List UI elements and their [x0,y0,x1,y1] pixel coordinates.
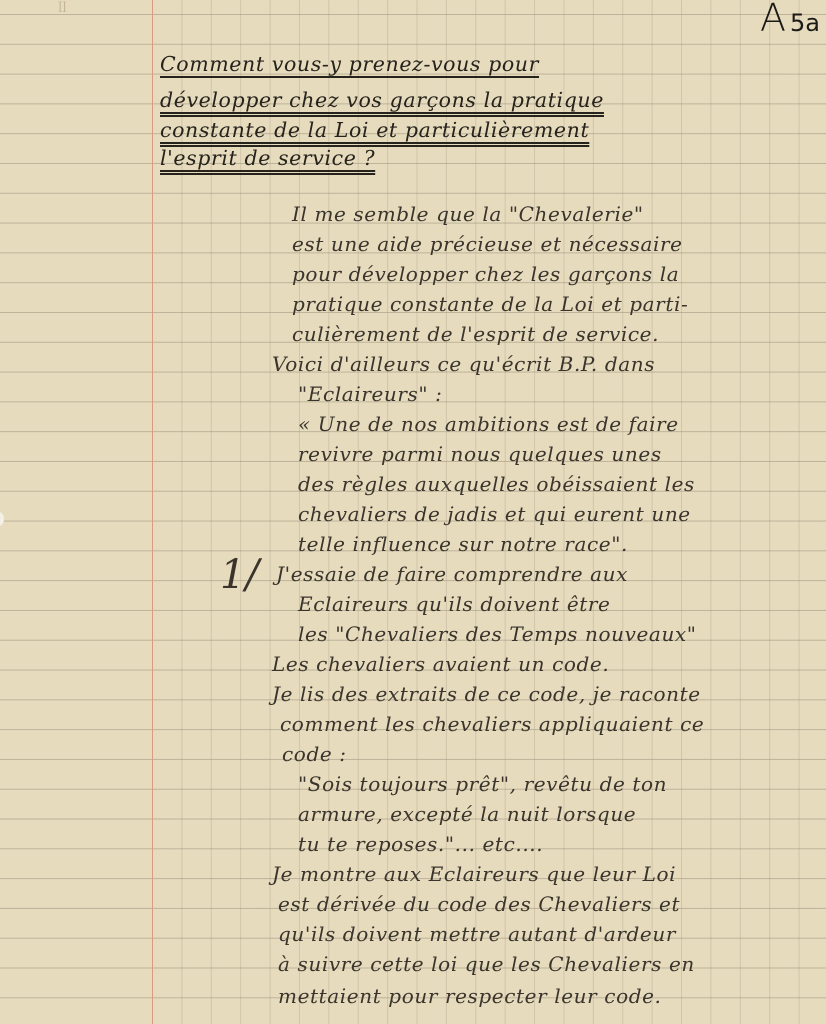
text-line: Eclaireurs qu'ils doivent être [298,592,611,616]
text-line: pour développer chez les garçons la [292,262,679,286]
text-line: « Une de nos ambitions est de faire [298,412,679,436]
text-line: est dérivée du code des Chevaliers et [278,892,680,916]
text-line: mettaient pour respecter leur code. [278,984,662,1008]
text-line: tu te reposes."... etc.... [298,832,543,856]
text-line: armure, excepté la nuit lorsque [298,802,636,826]
page-reference: A5a [760,0,820,40]
text-line: code : [282,742,347,766]
text-line: pratique constante de la Loi et parti- [292,292,688,316]
text-line: J'essaie de faire comprendre aux [276,562,628,586]
page-ref-letter: A [760,0,786,40]
text-line: des règles auxquelles obéissaient les [298,472,695,496]
text-line: Je montre aux Eclaireurs que leur Loi [272,862,676,886]
text-line: est une aide précieuse et nécessaire [292,232,683,256]
text-line: chevaliers de jadis et qui eurent une [298,502,691,526]
text-line: Voici d'ailleurs ce qu'écrit B.P. dans [272,352,655,376]
text-line: les "Chevaliers des Temps nouveaux" [298,622,697,646]
text-line: à suivre cette loi que les Chevaliers en [278,952,695,976]
text-line: comment les chevaliers appliquaient ce [280,712,704,736]
red-margin-line [152,0,153,1024]
left-margin-area [0,0,152,1024]
title-line: développer chez vos garçons la pratique [160,88,604,112]
title-line: Comment vous-y prenez-vous pour [160,52,539,76]
paper-stain: ꟾꟾ [58,2,67,15]
text-line: telle influence sur notre race". [298,532,628,556]
text-line: Je lis des extraits de ce code, je racon… [272,682,701,706]
title-line: l'esprit de service ? [160,146,375,170]
text-line: "Sois toujours prêt", revêtu de ton [298,772,667,796]
point-number-marker: 1/ [220,552,259,598]
text-line: revivre parmi nous quelques unes [298,442,662,466]
text-line: qu'ils doivent mettre autant d'ardeur [278,922,676,946]
text-line: Les chevaliers avaient un code. [272,652,609,676]
text-line: Il me semble que la "Chevalerie" [292,202,644,226]
text-line: culièrement de l'esprit de service. [292,322,659,346]
page-ref-number: 5a [790,9,820,37]
title-line: constante de la Loi et particulièrement [160,118,589,142]
text-line: "Eclaireurs" : [298,382,443,406]
